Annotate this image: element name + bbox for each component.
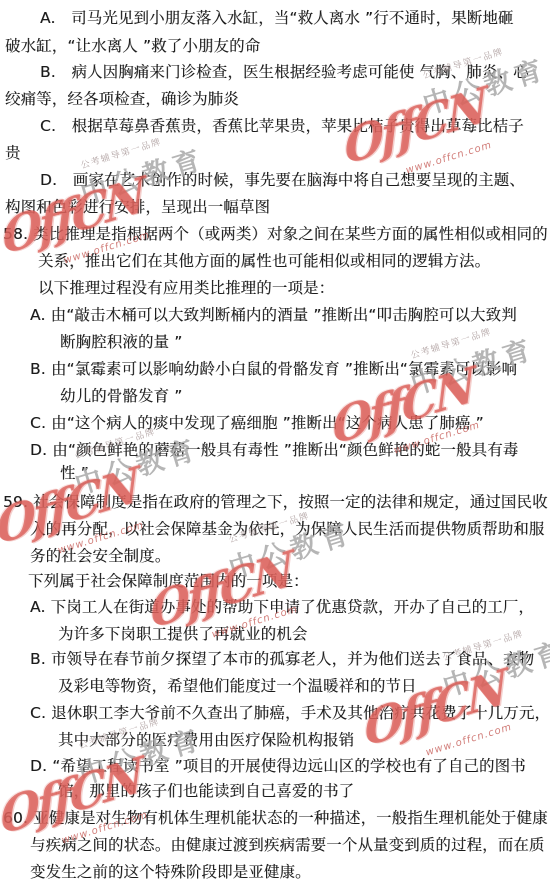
text-line: 贵 [5, 143, 21, 163]
text-line: D. 由“颜色鲜艳的蘑菇一般具有毒性 ”推断出“颜色鲜艳的蛇一般具有毒 [30, 440, 518, 460]
text-line: 馆，那里的孩子们也能读到自己喜爱的书了 [58, 781, 354, 801]
text-line: 下列属于社会保障制度范围内的一项是： [28, 571, 309, 591]
text-line: A. 由“敲击木桶可以大致判断桶内的酒量 ”推断出“叩击胸腔可以大致判 [30, 305, 517, 325]
text-line: 幼儿的骨骼发育 ” [60, 386, 182, 406]
text-line: 关系，推出它们在其他方面的属性也可能相似或相同的逻辑方法。 [38, 251, 490, 271]
scanned-exam-page: A. 司马光见到小朋友落入水缸，当“救人离水 ”行不通时，果断地砸破水缸，“让水… [0, 0, 550, 890]
text-line: A. 下岗工人在街道办事处的帮助下申请了优惠贷款，开办了自己的工厂， [30, 597, 534, 617]
text-line: B. 由“氯霉素可以影响幼龄小白鼠的骨骼发育 ”推断出“氯霉素可以影响 [30, 359, 517, 379]
text-line: B. 病人因胸痛来门诊检查，医生根据经验考虑可能使 气胸、肺炎、心 [40, 62, 529, 82]
text-line: 断胸腔积液的量 ” [60, 332, 182, 352]
text-line: 性 ” [60, 463, 89, 483]
text-line: 破水缸，“让水离人 ”救了小朋友的命 [5, 36, 260, 56]
text-line: C. 退休职工李大爷前不久查出了肺癌，手术及其他治疗共花费了十几万元， [30, 703, 550, 723]
text-line: 59. 社会保障制度是指在政府的管理之下，按照一定的法律和规定，通过国民收 [3, 492, 548, 512]
document-lines: A. 司马光见到小朋友落入水缸，当“救人离水 ”行不通时，果断地砸破水缸，“让水… [0, 0, 550, 890]
text-line: 变发生之前的这个特殊阶段即是亚健康。 [30, 862, 311, 882]
text-line: 绞痛等，经各项检查，确诊为肺炎 [5, 89, 239, 109]
text-line: B. 市领导在春节前夕探望了本市的孤寡老人，并为他们送去了食品、衣物 [30, 649, 534, 669]
text-line: 为许多下岗职工提供了再就业的机会 [58, 624, 307, 644]
text-line: 58. 类比推理是指根据两个（或两类）对象之间在某些方面的属性相似或相同的 [3, 224, 548, 244]
text-line: 务的社会安全制度。 [30, 546, 170, 566]
text-line: D. “希望工程读书室 ”项目的开展使得边远山区的学校也有了自己的图书 [30, 756, 526, 776]
text-line: 以下推理过程没有应用类比推理的一项是： [38, 278, 334, 298]
text-line: 及彩电等物资，希望他们能度过一个温暖祥和的节日 [58, 676, 417, 696]
text-line: 与疾病之间的状态。由健康过渡到疾病需要一个从量变到质的过程，而在质 [30, 835, 545, 855]
text-line: 其中大部分的医疗费用由医疗保险机构报销 [58, 730, 354, 750]
text-line: C. 由“这个病人的痰中发现了癌细胞 ”推断出“这个病人患了肺癌 ” [30, 413, 484, 433]
text-line: A. 司马光见到小朋友落入水缸，当“救人离水 ”行不通时，果断地砸 [40, 8, 514, 28]
text-line: D. 画家在艺术创作的时候，事先要在脑海中将自己想要呈现的主题、 [40, 170, 525, 190]
text-line: 60. 亚健康是对生物有机体生理机能状态的一种描述，一般指生理机能处于健康 [3, 808, 548, 828]
text-line: 构图和色彩进行安排，呈现出一幅草图 [5, 197, 270, 217]
text-line: C. 根据草莓鼻香蕉贵，香蕉比苹果贵，苹果比桔子贵得出草莓比桔子 [40, 116, 524, 136]
text-line: 入的再分配，以社会保障基金为依托，为保障人民生活而提供物质帮助和服 [30, 519, 545, 539]
